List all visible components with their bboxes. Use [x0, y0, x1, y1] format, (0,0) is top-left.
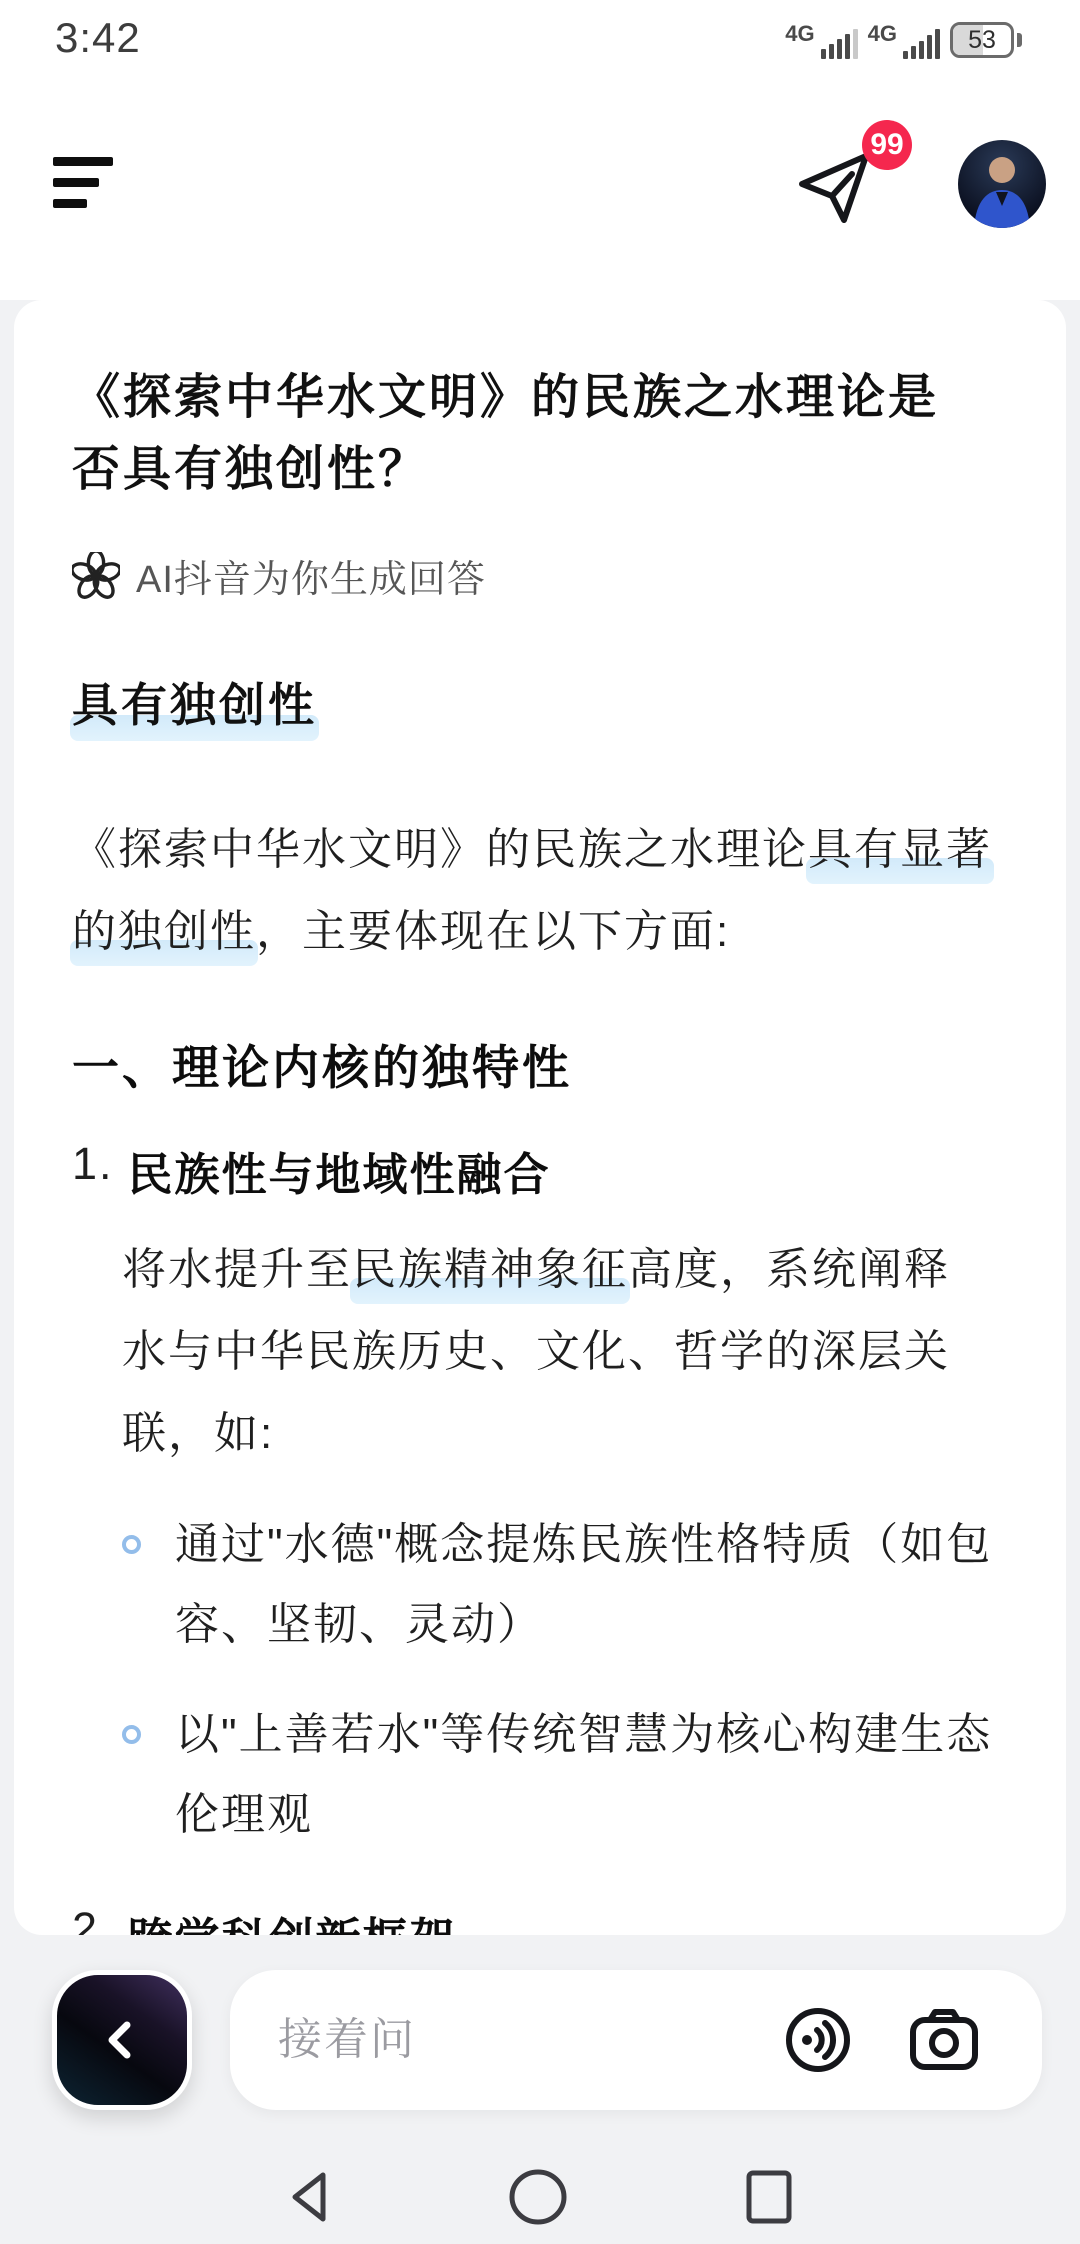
list-item-2-heading: 2. 跨学科创新框架 — [72, 1903, 1022, 1935]
bullet-item: 通过"水德"概念提炼民族性格特质（如包 容、坚韧、灵动） — [122, 1505, 1022, 1665]
status-time: 3:42 — [55, 14, 141, 62]
status-indicators: 4G 4G 53 — [785, 22, 1022, 59]
battery-nub — [1017, 33, 1022, 47]
highlighted-text: 民族精神象征 — [352, 1245, 628, 1294]
answer-verdict: 具有独创性 — [72, 669, 1022, 735]
signal-icon-sim2: 4G — [868, 23, 940, 59]
battery-percent: 53 — [968, 26, 996, 55]
network-type-label: 4G — [785, 23, 814, 45]
bullet-circle-icon — [122, 1725, 141, 1744]
nav-home-icon[interactable] — [507, 2169, 569, 2225]
highlighted-text: 的独创性 — [72, 907, 256, 956]
android-navbar — [0, 2150, 1080, 2244]
ai-flower-icon — [72, 552, 120, 600]
answer-intro: 《探索中华水文明》的民族之水理论具有显著 的独创性，主要体现在以下方面: — [72, 809, 1022, 973]
section-heading-1: 一、理论内核的独特性 — [72, 1031, 1022, 1098]
bullet-item: 以"上善若水"等传统智慧为核心构建生态 伦理观 — [122, 1695, 1022, 1855]
notification-badge: 99 — [862, 120, 912, 170]
question-title: 《探索中华水文明》的民族之水理论是 否具有独创性？ — [72, 362, 1022, 506]
answer-card: 《探索中华水文明》的民族之水理论是 否具有独创性？ AI抖音为你生成回答 具有独… — [14, 300, 1066, 1935]
nav-recents-icon[interactable] — [745, 2169, 793, 2225]
signal-bars — [903, 29, 940, 59]
ask-input[interactable] — [278, 2015, 718, 2065]
avatar-photo — [958, 140, 1046, 228]
nav-back-icon[interactable] — [287, 2169, 331, 2225]
signal-bars — [821, 29, 858, 59]
chevron-left-icon — [94, 2012, 150, 2068]
paper-plane-icon — [796, 150, 876, 228]
list-item-1-body: 将水提升至民族精神象征高度，系统阐释 水与中华民族历史、文化、哲学的深层关 联，… — [122, 1229, 1022, 1475]
ai-attribution: AI抖音为你生成回答 — [72, 548, 1022, 603]
back-button[interactable] — [52, 1970, 192, 2110]
voice-icon[interactable] — [784, 2006, 852, 2074]
avatar[interactable] — [958, 140, 1046, 228]
ai-label: AI抖音为你生成回答 — [136, 548, 486, 603]
share-button[interactable]: 99 — [796, 120, 926, 230]
highlighted-text: 具有显著 — [808, 825, 992, 874]
screen: 3:42 4G 4G 53 — [0, 0, 1080, 2244]
network-type-label: 4G — [868, 23, 897, 45]
camera-icon[interactable] — [908, 2008, 980, 2072]
header: 3:42 4G 4G 53 — [0, 0, 1080, 300]
list-item-1-heading: 1. 民族性与地域性融合 — [72, 1138, 1022, 1203]
menu-icon[interactable] — [53, 157, 113, 220]
signal-icon-sim1: 4G — [785, 23, 857, 59]
ask-input-bar[interactable] — [230, 1970, 1042, 2110]
bullet-circle-icon — [122, 1535, 141, 1554]
battery-icon: 53 — [950, 22, 1014, 58]
